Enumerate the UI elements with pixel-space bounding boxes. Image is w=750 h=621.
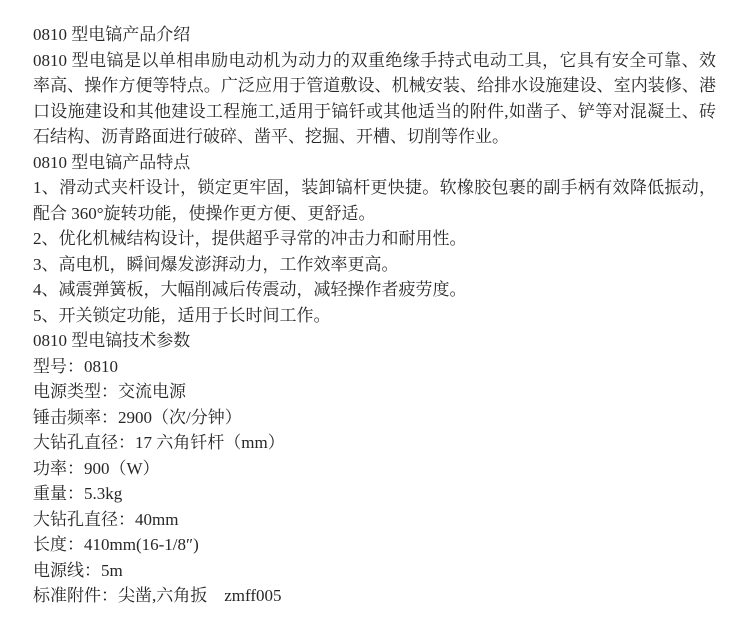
intro-paragraph-line: 率高、操作方便等特点。广泛应用于管道敷设、机械安装、给排水设施建设、室内装修、港 (33, 73, 716, 99)
spec-row-accessories: 标准附件：尖凿,六角扳 zmff005 (33, 583, 716, 609)
spec-row-drill-diameter: 大钻孔直径：40mm (33, 507, 716, 533)
spec-label: 电源类型： (33, 382, 118, 401)
spec-label: 型号： (33, 357, 84, 376)
spec-value: 900（W） (84, 459, 160, 478)
intro-paragraph-line: 口设施建设和其他建设工程施工,适用于镐钎或其他适当的附件,如凿子、铲等对混凝土、… (33, 99, 716, 125)
feature-item-line: 1、滑动式夹杆设计，锁定更牢固，装卸镐杆更快捷。软橡胶包裹的副手柄有效降低振动， (33, 175, 716, 201)
section-heading-intro: 0810 型电镐产品介绍 (33, 22, 716, 48)
spec-row-shank: 大钻孔直径：17 六角钎杆（mm） (33, 430, 716, 456)
spec-value: 410mm(16-1/8″) (84, 535, 199, 554)
spec-value: 40mm (135, 510, 178, 529)
spec-row-weight: 重量：5.3kg (33, 481, 716, 507)
spec-row-power-type: 电源类型：交流电源 (33, 379, 716, 405)
feature-item-line: 4、减震弹簧板，大幅削减后传震动，减轻操作者疲劳度。 (33, 277, 716, 303)
spec-row-length: 长度：410mm(16-1/8″) (33, 532, 716, 558)
spec-label: 大钻孔直径： (33, 433, 135, 452)
spec-label: 大钻孔直径： (33, 510, 135, 529)
spec-value: 0810 (84, 357, 118, 376)
document-content: 0810 型电镐产品介绍 0810 型电镐是以单相串励电动机为动力的双重绝缘手持… (0, 0, 750, 609)
feature-item-line: 3、高电机，瞬间爆发澎湃动力，工作效率更高。 (33, 252, 716, 278)
spec-label: 标准附件： (33, 586, 118, 605)
spec-row-cord: 电源线：5m (33, 558, 716, 584)
section-heading-features: 0810 型电镐产品特点 (33, 150, 716, 176)
feature-item-line: 2、优化机械结构设计，提供超乎寻常的冲击力和耐用性。 (33, 226, 716, 252)
spec-row-impact-rate: 锤击频率：2900（次/分钟） (33, 405, 716, 431)
spec-label: 长度： (33, 535, 84, 554)
document-page: 0810 型电镐产品介绍 0810 型电镐是以单相串励电动机为动力的双重绝缘手持… (0, 0, 750, 621)
spec-label: 锤击频率： (33, 408, 118, 427)
spec-label: 功率： (33, 459, 84, 478)
spec-value: 尖凿,六角扳 zmff005 (118, 586, 282, 605)
intro-paragraph-line: 石结构、沥青路面进行破碎、凿平、挖掘、开槽、切削等作业。 (33, 124, 716, 150)
spec-value: 2900（次/分钟） (118, 408, 242, 427)
spec-value: 5m (101, 561, 123, 580)
spec-value: 17 六角钎杆（mm） (135, 433, 285, 452)
spec-label: 重量： (33, 484, 84, 503)
feature-item-line: 配合 360°旋转功能，使操作更方便、更舒适。 (33, 201, 716, 227)
spec-row-model: 型号：0810 (33, 354, 716, 380)
spec-value: 5.3kg (84, 484, 122, 503)
spec-value: 交流电源 (118, 382, 186, 401)
intro-paragraph-line: 0810 型电镐是以单相串励电动机为动力的双重绝缘手持式电动工具，它具有安全可靠… (33, 48, 716, 74)
spec-label: 电源线： (33, 561, 101, 580)
spec-row-wattage: 功率：900（W） (33, 456, 716, 482)
section-heading-specs: 0810 型电镐技术参数 (33, 328, 716, 354)
feature-item-line: 5、开关锁定功能，适用于长时间工作。 (33, 303, 716, 329)
